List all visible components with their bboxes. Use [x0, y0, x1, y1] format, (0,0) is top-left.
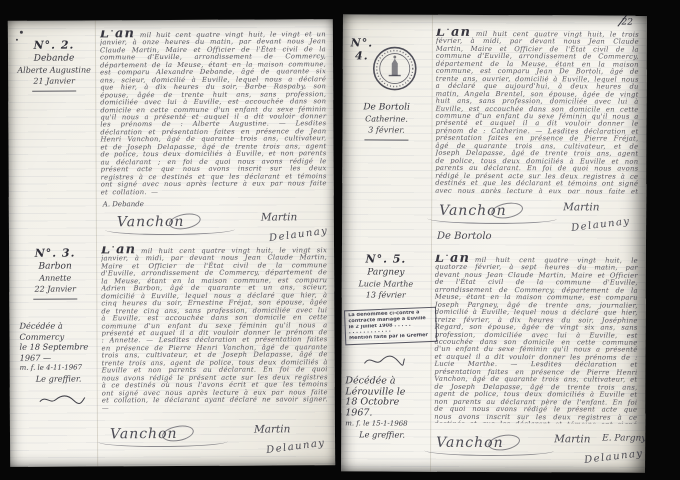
right-page: 22 N°. 4. De Bortoli Catherine. 3 févrie… [341, 14, 647, 472]
act-date: 21 Janvier [16, 76, 92, 85]
margin-rule [33, 298, 77, 299]
greffier-signature-paraph [38, 392, 86, 406]
signature-declarant: A. Debande [103, 200, 144, 208]
mairie-seal-icon [371, 44, 419, 92]
signature-witness: Vanchon [117, 214, 185, 230]
act-record-4: N°. 4. De Bortoli Catherine. 3 février. … [342, 22, 647, 253]
act-surname: De Bortoli [345, 102, 429, 112]
act-date: 13 février [344, 290, 428, 299]
death-note-line: m. f. le 4-11-1967 [20, 362, 98, 373]
death-note-line: Le greffier. [345, 429, 429, 440]
death-note-line: Le greffier. [20, 373, 98, 384]
signature-witness-2: Delaunay [266, 438, 327, 456]
left-page: N°. 2. Debande Alberte Augustine 21 Janv… [8, 19, 335, 467]
register-scan: N°. 2. Debande Alberte Augustine 21 Janv… [0, 0, 680, 480]
death-note-line: Commercy [19, 331, 97, 342]
act-number: N°. 5. [344, 252, 428, 265]
act-number: N°. 2. [16, 38, 92, 51]
act-text: mil huit cent quatre vingt huit, le troi… [435, 30, 639, 194]
act-record-3: N°. 3. Barbon Annette 22 Janvier Décédée… [9, 243, 335, 465]
death-note-line: 1967 — [20, 352, 98, 363]
act-text: mil huit cent quatre vingt huit, le ving… [100, 30, 327, 196]
act-margin: De Bortoli Catherine. 3 février. [344, 100, 428, 140]
signature-witness-2: Delaunay [584, 448, 644, 466]
signature-row: Vanchon Martin Delaunay [102, 417, 328, 462]
act-body-text: L'anmil huit cent quatre vingt huit, le … [435, 29, 639, 194]
signature-officer: Martin [563, 201, 599, 213]
margin-rule [364, 139, 408, 140]
death-note-line: m. f. le 15-1-1968 [345, 418, 429, 429]
death-note-line: 18 Octobre 1967. [345, 397, 429, 418]
act-margin: N°. 3. Barbon Annette 22 Janvier [17, 246, 93, 299]
death-annotation: Décédée à Lérouville le 18 Octobre 1967.… [345, 376, 429, 439]
act-given-names: Lucie Marthe [344, 279, 428, 288]
act-text: mil huit cent quatre vingt huit, le ving… [101, 246, 328, 412]
signature-witness: Vanchon [436, 435, 504, 451]
act-text: mil huit cent quatre vingt huit, le quat… [434, 256, 638, 424]
act-record-2: N°. 2. Debande Alberte Augustine 21 Janv… [8, 25, 334, 249]
act-given-names: Alberte Augustine [16, 65, 92, 74]
act-body-text: L'anmil huit cent quatre vingt huit, le … [434, 255, 638, 424]
act-date: 3 février. [344, 125, 428, 134]
act-surname: Debande [16, 53, 92, 63]
act-given-names: Catherine. [345, 114, 429, 123]
signature-row: A. Debande Vanchon Martin Delaunay [101, 203, 327, 248]
act-record-5: N°. 5. Pargney Lucie Marthe 13 février L… [341, 250, 646, 471]
death-note-line: le 18 Septembre [20, 341, 98, 352]
signature-witness: Vanchon [439, 203, 507, 219]
act-surname: Pargney [344, 267, 428, 277]
margin-rule [32, 90, 76, 91]
signature-declarant: De Bortolo [437, 231, 492, 242]
act-margin: N°. 2. Debande Alberte Augustine 21 Janv… [16, 38, 92, 91]
signature-officer: Martin [261, 211, 297, 223]
act-margin: N°. 5. Pargney Lucie Marthe 13 février [344, 252, 428, 299]
signature-row: Vanchon Martin E. Pargny Delaunay [434, 429, 637, 473]
signature-row: Vanchon Martin Delaunay De Bortolo [435, 199, 638, 252]
signature-witness: Vanchon [110, 426, 178, 442]
death-annotation: Décédée à Commercy le 18 Septembre 1967 … [19, 320, 97, 383]
signature-witness-2: Delaunay [269, 226, 330, 244]
act-date: 22 Janvier [17, 284, 93, 293]
act-body-text: L'anmil huit cent quatre vingt huit, le … [101, 245, 328, 412]
greffier-stamp-paraph [361, 352, 405, 368]
signature-witness-2: Delaunay [571, 216, 631, 234]
act-number: N°. 3. [17, 246, 93, 259]
signature-declarant: E. Pargny [602, 433, 646, 443]
act-surname: Barbon [17, 261, 93, 271]
marriage-mention-stamp: La dénommée ci-contre a contracté mariag… [344, 307, 437, 346]
signature-officer: Martin [554, 433, 590, 445]
signature-officer: Martin [254, 423, 290, 435]
death-note-line: Décédée à [19, 320, 97, 331]
act-body-text: L'anmil huit cent quatre vingt huit, le … [100, 29, 327, 198]
act-given-names: Annette [17, 273, 93, 282]
